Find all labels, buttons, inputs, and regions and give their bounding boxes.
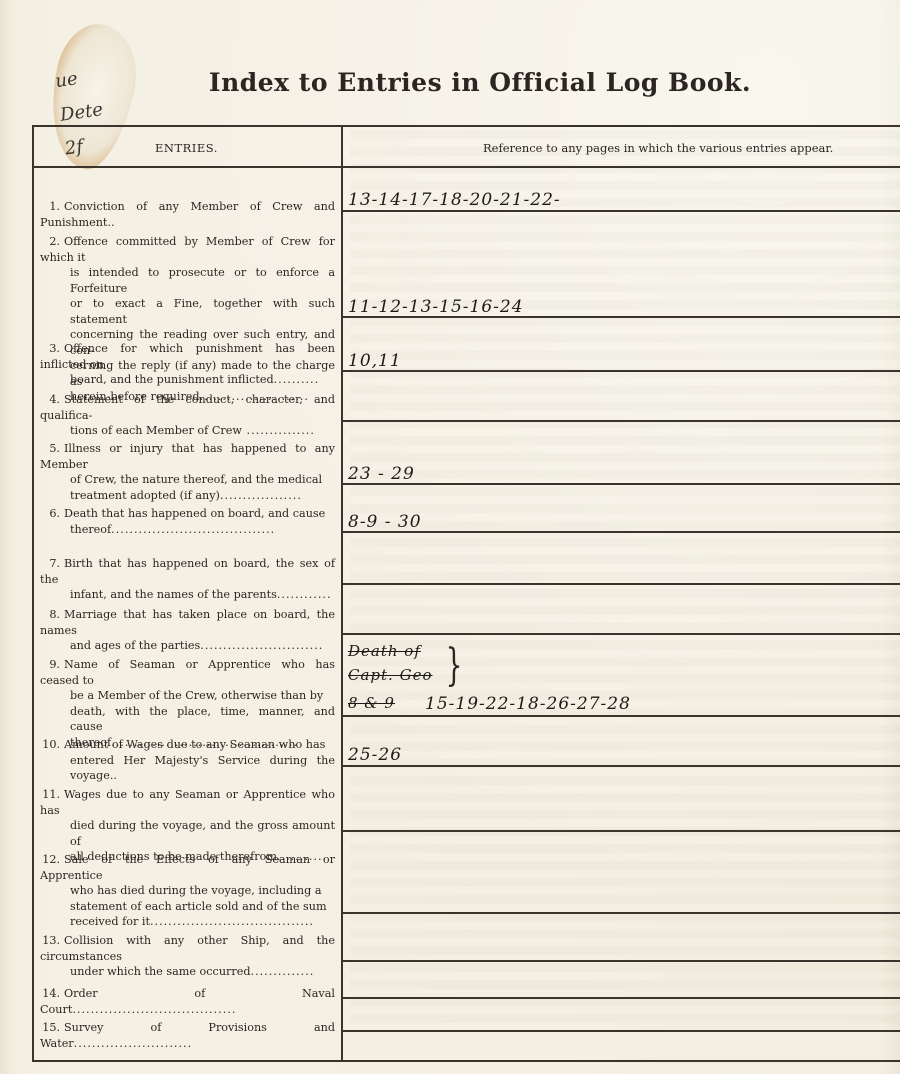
row-rule [343, 830, 900, 832]
struck-note: Capt. Geo [348, 666, 432, 684]
row-rule [343, 210, 900, 212]
entries-column-header: ENTRIES. [155, 141, 218, 155]
entry-6: 6.Death that has happened on board, and … [40, 506, 335, 537]
row-rule [343, 912, 900, 914]
entry-14: 14.Order of Naval Court.................… [40, 986, 335, 1017]
reference-entry-6: 8-9 - 30 [348, 512, 422, 532]
entry-5: 5.Illness or injury that has happened to… [40, 441, 335, 503]
row-rule [343, 1030, 900, 1032]
entry-15: 15.Survey of Provisions and Water.......… [40, 1020, 335, 1051]
reference-entry-3: 10,11 [348, 351, 402, 371]
row-rule [343, 420, 900, 422]
entry-13: 13.Collision with any other Ship, and th… [40, 933, 335, 980]
entry-12: 12.Sale of the Effects of any Seaman or … [40, 852, 335, 930]
entry-3: 3.Offence for which punishment has been … [40, 341, 335, 388]
reference-entry-9: 15-19-22-18-26-27-28 [425, 694, 631, 714]
struck-note: 8 & 9 [348, 694, 395, 712]
row-rule [343, 370, 900, 372]
struck-note: Death of [348, 642, 421, 660]
page-title: Index to Entries in Official Log Book. [0, 68, 900, 97]
row-rule [343, 765, 900, 767]
reference-entry-1: 13-14-17-18-20-21-22- [348, 190, 561, 210]
column-divider [341, 125, 343, 1060]
row-rule [343, 483, 900, 485]
row-rule [343, 997, 900, 999]
row-rule [343, 715, 900, 717]
reference-entry-2: 11-12-13-15-16-24 [348, 297, 524, 317]
row-rule [343, 960, 900, 962]
entry-10: 10.Amount of Wages due to any Seaman who… [40, 737, 335, 784]
reference-entry-5: 23 - 29 [348, 464, 415, 484]
entry-8: 8.Marriage that has taken place on board… [40, 607, 335, 654]
row-rule [343, 531, 900, 533]
brace-mark: } [446, 640, 463, 691]
reference-column-header: Reference to any pages in which the vari… [483, 141, 833, 155]
entry-7: 7.Birth that has happened on board, the … [40, 556, 335, 603]
entry-4: 4.Statement of the conduct, character, a… [40, 392, 335, 439]
row-rule [343, 633, 900, 635]
reference-entry-10: 25-26 [348, 745, 402, 765]
entry-1: 1.Conviction of any Member of Crew and P… [40, 199, 335, 230]
header-rule [32, 166, 900, 168]
row-rule [343, 583, 900, 585]
